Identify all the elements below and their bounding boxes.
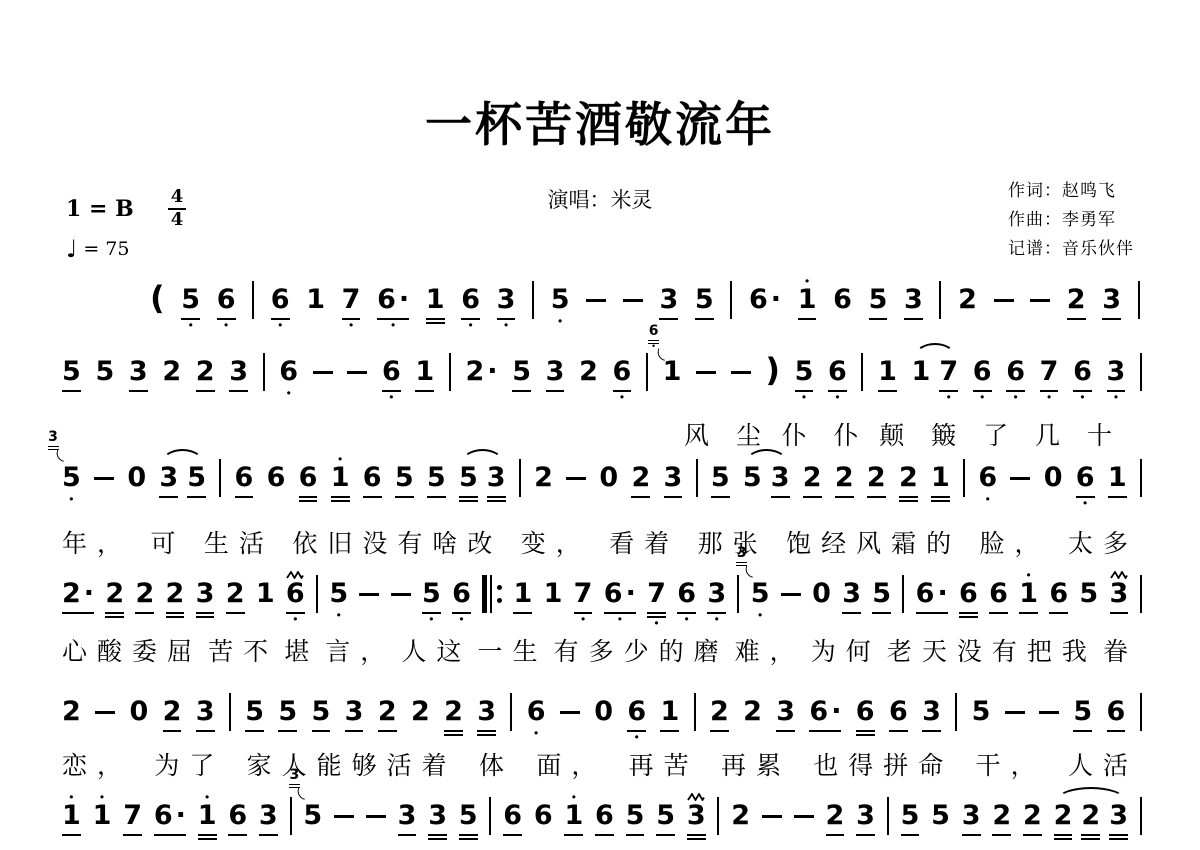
note-5: 5 — [711, 448, 730, 513]
note-5: 5 — [62, 342, 81, 407]
note-3: 3 — [196, 564, 215, 629]
underline-beam — [426, 322, 445, 324]
note-2: 2 — [196, 342, 215, 407]
underline-beam — [444, 734, 463, 736]
barline — [316, 575, 318, 613]
underline-beam — [922, 730, 941, 732]
slur-group: 53 — [459, 448, 506, 513]
note-3: 3 — [1109, 786, 1128, 850]
note-6: 6• — [978, 448, 997, 513]
barline — [902, 575, 904, 613]
note-7: 7• — [574, 564, 593, 629]
underline-beam — [901, 834, 920, 836]
note-1: •1 — [798, 270, 817, 335]
underline-beam — [62, 834, 81, 836]
underline-beam — [626, 834, 645, 836]
note-6: 6 — [1107, 682, 1126, 747]
transcriber-credit: 记谱：音乐伙伴 — [1008, 234, 1134, 263]
note-6: 6• — [613, 342, 632, 407]
octave-dot-below: • — [287, 390, 291, 397]
note-2: 2 — [710, 682, 729, 747]
octave-dot-below: • — [1080, 394, 1084, 401]
octave-dot-below: • — [558, 318, 562, 325]
grace-hook — [656, 348, 667, 361]
underline-beam — [444, 730, 463, 732]
lyric-group: 脸， — [980, 524, 1050, 560]
music-line-5: 2023555322236•06•12236·663556 — [62, 682, 1142, 747]
music-line-3: 5•3035666•1655532023553222216•06•1 — [62, 448, 1142, 513]
lyric-group: 也得拼命 — [813, 746, 953, 782]
underline-beam — [959, 616, 978, 618]
note-3: 3 — [477, 682, 496, 747]
underline-beam — [198, 834, 217, 836]
octave-dot-below: • — [1083, 500, 1087, 507]
underline-beam — [1109, 838, 1128, 840]
note-5: 5 — [901, 786, 920, 850]
note-1: 16• — [663, 342, 682, 407]
quarter-note-icon: ♩ — [66, 239, 77, 259]
note-5: 5 — [931, 786, 950, 850]
underline-beam — [245, 730, 264, 732]
underline-beam — [878, 390, 897, 392]
underline-beam — [187, 496, 206, 498]
barline — [737, 575, 739, 613]
octave-dot-below: • — [835, 394, 839, 401]
key-signature-block: 1 = B 4 4 ♩ = 75 — [66, 188, 186, 260]
octave-dot-below: • — [278, 322, 282, 329]
note-1: 1 — [878, 342, 897, 407]
underline-beam — [687, 834, 706, 836]
note-6: 6 — [595, 786, 614, 850]
duration-dash — [781, 564, 801, 629]
key-tonic: 1 — [66, 196, 81, 222]
note-1: 1 — [931, 448, 950, 513]
note-5: 5 — [1079, 564, 1098, 629]
underline-beam — [278, 730, 297, 732]
underline-beam — [312, 730, 331, 732]
duration-dash — [1010, 448, 1030, 513]
note-6: 6• — [1076, 448, 1095, 513]
duration-dash — [994, 270, 1014, 335]
note-3: 3 — [922, 682, 941, 747]
note-6: 6• — [382, 342, 401, 407]
lyric-group: 可 — [150, 524, 185, 560]
octave-dot-above: • — [798, 270, 817, 285]
underline-beam — [299, 496, 318, 498]
note-5: 53 — [303, 786, 322, 850]
underline-beam — [656, 834, 675, 836]
underline-beam — [196, 612, 215, 614]
barline — [449, 353, 451, 391]
note-5: 5 — [312, 682, 331, 747]
note-1: •1 — [564, 786, 583, 850]
note-2: 2 — [166, 564, 185, 629]
note-2: 2 — [1081, 786, 1100, 850]
note-2: 2 — [835, 448, 854, 513]
lyric-group: 看着 — [609, 524, 679, 560]
duration-dash — [560, 682, 580, 747]
note-5: 5 — [695, 270, 714, 335]
note-2: 2 — [867, 448, 886, 513]
underline-beam — [687, 838, 706, 840]
underline-beam — [135, 612, 154, 614]
augmentation-dot: · — [937, 579, 947, 609]
barline — [646, 353, 648, 391]
lyric-group: 风 尘 — [684, 416, 771, 452]
underline-beam — [771, 496, 790, 498]
note-6: 6• — [1073, 342, 1092, 407]
note-5: 5 — [459, 786, 478, 850]
underline-beam — [1110, 612, 1129, 614]
note-6: 6• — [217, 270, 236, 335]
underline-beam — [695, 318, 714, 320]
underline-beam — [564, 834, 583, 836]
underline-beam — [809, 730, 841, 732]
note-5: 5 — [626, 786, 645, 850]
note-2: 2 — [579, 342, 598, 407]
note-3: 3 — [856, 786, 875, 850]
lyric-group: 依旧没有啥改 — [292, 524, 502, 560]
note-6: 6 — [1049, 564, 1068, 629]
note-3: 3 — [428, 786, 447, 850]
close-paren: ) — [765, 351, 780, 389]
underline-beam — [867, 496, 886, 498]
barline — [1138, 281, 1140, 319]
octave-dot-below: • — [429, 616, 433, 623]
music-line-6: •1•176·•1635333566•1655322355322223 — [62, 786, 1142, 850]
note-6: 6• — [461, 270, 480, 335]
lyric-group: 那张 — [698, 524, 768, 560]
note-6: 6• — [279, 342, 298, 407]
lyric-group: 言， — [325, 632, 395, 668]
underline-beam — [229, 390, 248, 392]
note-3: 3 — [687, 786, 706, 850]
duration-dash — [566, 448, 586, 513]
underline-beam — [916, 612, 948, 614]
note-6: 6 — [856, 682, 875, 747]
note-5: 5 — [95, 342, 114, 407]
note-1: •1 — [198, 786, 217, 850]
octave-dot-above: • — [93, 786, 112, 801]
note-5: 5• — [181, 270, 200, 335]
lyric-group: 人活 — [1068, 746, 1138, 782]
note-1: 1 — [415, 342, 434, 407]
note-5: 5• — [329, 564, 348, 629]
underline-beam — [163, 730, 182, 732]
duration-dash — [347, 342, 367, 407]
underline-beam — [869, 318, 888, 320]
note-3: 3 — [345, 682, 364, 747]
barline — [887, 797, 889, 835]
note-6: 6·• — [604, 564, 636, 629]
octave-dot-below: • — [685, 616, 689, 623]
underline-beam — [992, 834, 1011, 836]
underline-beam — [889, 730, 908, 732]
underline-beam — [259, 834, 278, 836]
barline — [963, 459, 965, 497]
slur-group: 223 — [1054, 786, 1128, 850]
note-2: 2 — [135, 564, 154, 629]
underline-beam — [659, 318, 678, 320]
barline — [532, 281, 534, 319]
note-6: 6• — [973, 342, 992, 407]
note-5: 5• — [795, 342, 814, 407]
note-6: 6 — [228, 786, 247, 850]
underline-beam — [842, 612, 861, 614]
duration-dash — [1039, 682, 1059, 747]
music-line-2: 5532236•6•12·5326•16•)5•6•117•6•6•7•6•3• — [62, 342, 1142, 407]
note-2: 2 — [803, 448, 822, 513]
underline-beam — [62, 390, 81, 392]
octave-dot-above: • — [62, 786, 81, 801]
octave-dot-below: • — [459, 616, 463, 623]
underline-beam — [235, 496, 254, 498]
barline — [696, 459, 698, 497]
underline-beam — [477, 730, 496, 732]
note-5: 5• — [422, 564, 441, 629]
note-6: 6 — [299, 448, 318, 513]
music-line-1: (5•6•6•17•6·•16•3•5•356·•1653223 — [150, 270, 1140, 335]
underline-beam — [62, 612, 94, 614]
note-5: 5 — [278, 682, 297, 747]
lyric-group: 为何 — [811, 632, 881, 668]
note-1: 1 — [513, 564, 532, 629]
underline-beam — [1049, 612, 1068, 614]
lyrics-line-3: 心酸委屈苦不堪言，人这一生有多少的磨难，为何老天没有把我眷 — [62, 632, 1138, 668]
slur-group: 53 — [743, 448, 790, 513]
note-6: 6• — [452, 564, 471, 629]
note-3: 3 — [776, 682, 795, 747]
note-2: 2 — [163, 682, 182, 747]
octave-dot-below: • — [389, 394, 393, 401]
underline-beam — [487, 500, 506, 502]
underline-beam — [477, 734, 496, 736]
note-5: 5 — [869, 270, 888, 335]
octave-dot-below: • — [69, 496, 73, 503]
note-2: 2· — [62, 564, 94, 629]
note-2: 2 — [62, 682, 81, 747]
underline-beam — [1081, 834, 1100, 836]
underline-beam — [459, 500, 478, 502]
note-2: 2 — [1067, 270, 1086, 335]
note-6: 6 — [534, 786, 553, 850]
barline — [1140, 459, 1142, 497]
note-1: •1 — [93, 786, 112, 850]
underline-beam — [856, 734, 875, 736]
underline-beam — [710, 730, 729, 732]
duration-dash — [313, 342, 333, 407]
barline — [861, 353, 863, 391]
note-3: 3 — [904, 270, 923, 335]
credits-block: 作词：赵鸣飞 作曲：李勇军 记谱：音乐伙伴 — [1008, 176, 1134, 264]
duration-dash — [586, 270, 606, 335]
note-3: 3• — [1107, 342, 1126, 407]
open-paren: ( — [150, 279, 165, 317]
lyric-group: 恋， — [62, 746, 132, 782]
octave-dot-below: • — [618, 616, 622, 623]
note-2: 2 — [1023, 786, 1042, 850]
underline-beam — [899, 496, 918, 498]
note-2: 2 — [162, 342, 181, 407]
rest: 0 — [129, 682, 148, 747]
underline-beam — [166, 612, 185, 614]
note-6: 6• — [286, 564, 305, 629]
underline-beam — [378, 730, 397, 732]
barline — [939, 281, 941, 319]
underline-beam — [105, 612, 124, 614]
rest: 0 — [599, 448, 618, 513]
lyric-group: 饱经风霜的 — [786, 524, 961, 560]
underline-beam — [856, 834, 875, 836]
note-2: 2 — [631, 448, 650, 513]
note-6: 6 — [833, 270, 852, 335]
underline-beam — [1073, 730, 1092, 732]
barline — [1140, 693, 1142, 731]
note-1: •1 — [62, 786, 81, 850]
underline-beam — [1067, 318, 1086, 320]
underline-beam — [426, 318, 445, 320]
note-3: 3 — [229, 342, 248, 407]
underline-beam — [1109, 834, 1128, 836]
octave-dot-below: • — [980, 394, 984, 401]
note-2: 2 — [1054, 786, 1073, 850]
underline-beam — [711, 496, 730, 498]
lyric-group: 年， — [62, 524, 132, 560]
underline-beam — [166, 616, 185, 618]
octave-dot-below: • — [652, 344, 655, 349]
note-1: 1 — [544, 564, 563, 629]
octave-dot-below: • — [224, 322, 228, 329]
underline-beam — [459, 838, 478, 840]
lyric-group: 仆 仆 — [782, 416, 869, 452]
time-signature: 4 4 — [168, 188, 187, 230]
underline-beam — [196, 390, 215, 392]
note-3: 3 — [159, 448, 178, 513]
underline-beam — [631, 496, 650, 498]
note-2: 2 — [105, 564, 124, 629]
underline-beam — [835, 496, 854, 498]
grace-note: 3 — [47, 431, 59, 450]
underline-beam — [664, 496, 683, 498]
note-2: 2 — [899, 448, 918, 513]
augmentation-dot: · — [831, 697, 841, 727]
note-3: 3 — [842, 564, 861, 629]
augmentation-dot: · — [771, 285, 781, 315]
note-7: 7• — [1040, 342, 1059, 407]
augmentation-dot: · — [626, 579, 636, 609]
octave-dot-below: • — [337, 612, 341, 619]
duration-dash — [623, 270, 643, 335]
note-7: 7• — [342, 270, 361, 335]
underline-beam — [1102, 318, 1121, 320]
underline-beam — [428, 834, 447, 836]
note-5: 5 — [427, 448, 446, 513]
note-5: 5•3 — [751, 564, 770, 629]
note-3: 3 — [546, 342, 565, 407]
underline-beam — [647, 612, 666, 614]
underline-beam — [428, 838, 447, 840]
underline-beam — [228, 834, 247, 836]
underline-beam — [1081, 838, 1100, 840]
lyric-group: 太多 — [1068, 524, 1138, 560]
barline — [717, 797, 719, 835]
octave-dot-below: • — [758, 612, 762, 619]
underline-beam — [331, 500, 350, 502]
note-6: 6• — [627, 682, 646, 747]
note-3: 3 — [1110, 564, 1129, 629]
lyric-group: 再苦 — [629, 746, 699, 782]
underline-beam — [331, 496, 350, 498]
underline-beam — [931, 496, 950, 498]
lyric-group: 堪 — [284, 632, 319, 668]
time-signature-denominator: 4 — [171, 210, 184, 230]
note-6: 6· — [809, 682, 841, 747]
lyric-group: 苦不 — [208, 632, 278, 668]
augmentation-dot: · — [84, 579, 94, 609]
sheet-music-page: 一杯苦酒敬流年 演唱：米灵 作词：赵鸣飞 作曲：李勇军 记谱：音乐伙伴 1 = … — [0, 0, 1200, 850]
note-2: 2 — [826, 786, 845, 850]
underline-beam — [826, 834, 845, 836]
note-3: 3 — [962, 786, 981, 850]
note-6: 6 — [503, 786, 522, 850]
octave-dot-below: • — [293, 616, 297, 623]
lyric-group: 心酸委屈 — [62, 632, 202, 668]
note-3: 3 — [771, 448, 790, 513]
note-5: 5•3 — [62, 448, 81, 513]
note-6: 6• — [677, 564, 696, 629]
octave-dot-above: • — [564, 786, 583, 801]
note-5: 5• — [551, 270, 570, 335]
underline-beam — [513, 612, 532, 614]
barline — [252, 281, 254, 319]
song-title: 一杯苦酒敬流年 — [0, 88, 1200, 155]
note-2: 2 — [378, 682, 397, 747]
note-6: 6· — [154, 786, 186, 850]
barline — [694, 693, 696, 731]
augmentation-dot: · — [176, 801, 186, 831]
barline — [1140, 353, 1142, 391]
note-5: 5 — [395, 448, 414, 513]
underline-beam — [1019, 612, 1038, 614]
note-3: 3 — [196, 682, 215, 747]
key-equals: = — [89, 196, 107, 222]
octave-dot-below: • — [802, 394, 806, 401]
note-3: 3• — [497, 270, 516, 335]
note-5: 5 — [1073, 682, 1092, 747]
note-3: 3 — [259, 786, 278, 850]
grace-note: 6• — [648, 325, 660, 349]
underline-beam — [803, 496, 822, 498]
octave-dot-below: • — [947, 394, 951, 401]
note-1: 1 — [1108, 448, 1127, 513]
octave-dot-above: • — [198, 786, 217, 801]
note-6: 6 — [959, 564, 978, 629]
underline-beam — [1023, 834, 1042, 836]
grace-underline — [289, 784, 300, 786]
underline-beam — [105, 616, 124, 618]
lyric-group: 再累 — [721, 746, 791, 782]
music-line-4: 2·2223216•5•5•6•117•6·•7•6•3•5•30356·66•… — [62, 564, 1142, 629]
octave-dot-below: • — [391, 322, 395, 329]
repeat-sign — [482, 575, 502, 613]
underline-beam — [872, 612, 891, 614]
note-6: 6 — [235, 448, 254, 513]
note-5: 5 — [743, 448, 762, 513]
lyric-group: 老天没有把我 — [887, 632, 1097, 668]
underline-beam — [660, 730, 679, 732]
slur-group: 17• — [912, 342, 959, 407]
note-5: 5 — [512, 342, 531, 407]
